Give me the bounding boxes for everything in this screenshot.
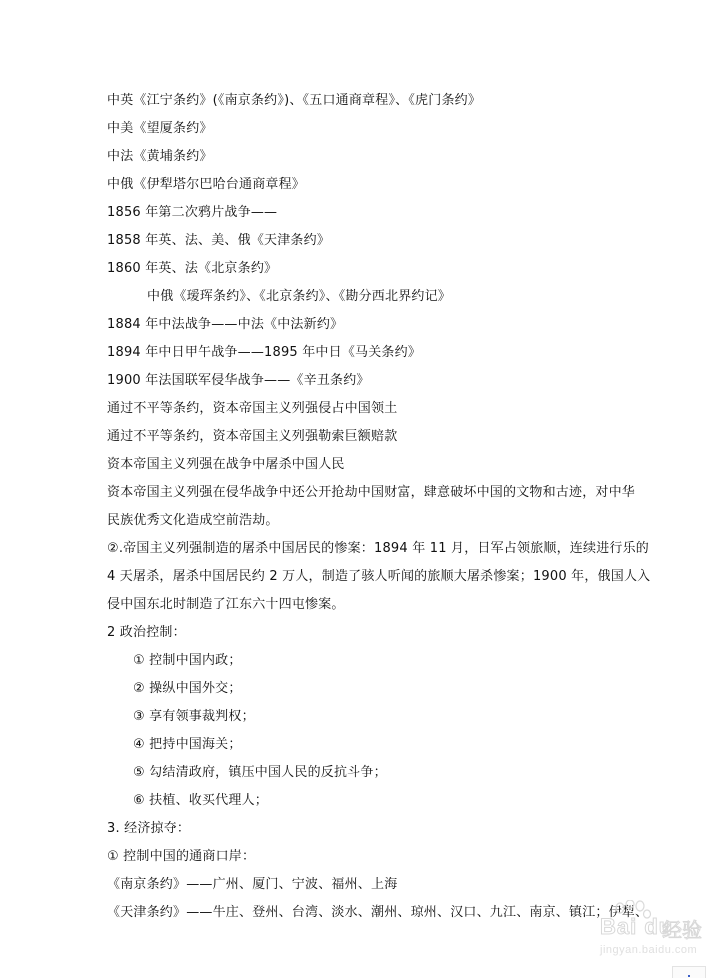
list-item-internal-affairs: ① 控制中国内政； — [133, 653, 242, 669]
list-item-collusion: ⑤ 勾结清政府，镇压中国人民的反抗斗争； — [133, 765, 387, 781]
text-line-1860: 1860 年英、法《北京条约》 — [107, 261, 277, 277]
text-line-1894: 1894 年中日甲午战争——1895 年中日《马关条约》 — [107, 345, 421, 361]
corner-scroll-button[interactable] — [672, 966, 706, 978]
text-line-treaty-france: 中法《黄埔条约》 — [107, 149, 213, 165]
document-page: 中英《江宁条约》(《南京条约》)、《五口通商章程》、《虎门条约》 中美《望厦条约… — [0, 0, 709, 978]
text-line-treaty-usa: 中美《望厦条约》 — [107, 121, 213, 137]
text-line-atrocity-2: 4 天屠杀，屠杀中国居民约 2 万人，制造了骇人听闻的旅顺大屠杀惨案；1900 … — [107, 569, 650, 585]
text-line-1900: 1900 年法国联军侵华战争——《辛丑条约》 — [107, 373, 370, 389]
section-heading-political-control: 2 政治控制： — [107, 625, 186, 641]
text-line-tianjin-ports: 《天津条约》——牛庄、登州、台湾、淡水、潮州、琼州、汉口、九江、南京、镇江；伊犁… — [107, 905, 648, 921]
subheading-trade-ports: ① 控制中国的通商口岸： — [107, 849, 255, 865]
text-line-treaty-russia: 中俄《伊犁塔尔巴哈台通商章程》 — [107, 177, 305, 193]
list-item-diplomacy: ② 操纵中国外交； — [133, 681, 242, 697]
list-item-customs: ④ 把持中国海关； — [133, 737, 242, 753]
text-line-atrocity-3: 侵中国东北时制造了江东六十四屯惨案。 — [107, 597, 345, 613]
dot-icon — [688, 975, 690, 977]
section-heading-economic-plunder: 3. 经济掠夺： — [107, 821, 190, 837]
text-line-russia-treaties: 中俄《瑷珲条约》、《北京条约》、《勘分西北界约记》 — [147, 289, 451, 305]
watermark-url: jingyan.baidu.com — [600, 944, 697, 956]
list-item-agents: ⑥ 扶植、收买代理人； — [133, 793, 268, 809]
text-line-1858: 1858 年英、法、美、俄《天津条约》 — [107, 233, 330, 249]
text-line-atrocity-1: ②.帝国主义列强制造的屠杀中国居民的惨案：1894 年 11 月，日军占领旅顺，… — [107, 541, 649, 557]
list-item-consular-jurisdiction: ③ 享有领事裁判权； — [133, 709, 255, 725]
text-line-territory: 通过不平等条约，资本帝国主义列强侵占中国领土 — [107, 401, 397, 417]
text-line-1856: 1856 年第二次鸦片战争—— — [107, 205, 277, 221]
text-line-indemnity: 通过不平等条约，资本帝国主义列强勒索巨额赔款 — [107, 429, 397, 445]
text-line-nanjing-ports: 《南京条约》——广州、厦门、宁波、福州、上海 — [107, 877, 397, 893]
text-line-massacre: 资本帝国主义列强在战争中屠杀中国人民 — [107, 457, 345, 473]
text-line-1884: 1884 年中法战争——中法《中法新约》 — [107, 317, 343, 333]
watermark-brand-cn: 经验 — [662, 914, 702, 943]
text-line-plunder-2: 民族优秀文化造成空前浩劫。 — [107, 513, 279, 529]
text-line-treaties-britain: 中英《江宁条约》(《南京条约》)、《五口通商章程》、《虎门条约》 — [107, 93, 481, 109]
text-line-plunder-1: 资本帝国主义列强在侵华战争中还公开抢劫中国财富，肆意破坏中国的文物和古迹，对中华 — [107, 485, 635, 501]
